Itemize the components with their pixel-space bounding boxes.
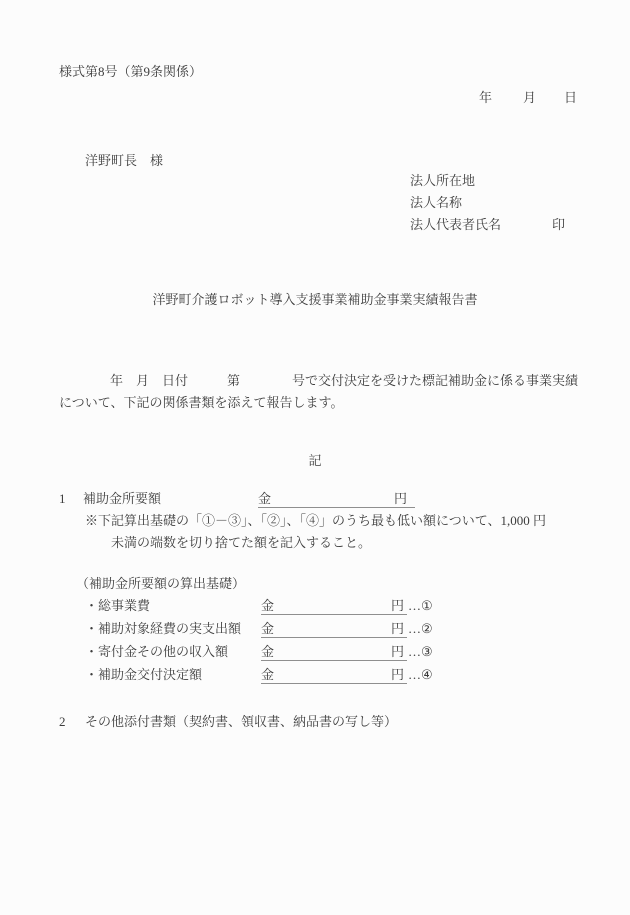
- calc-basis-row-label: ・寄付金その他の収入額: [85, 643, 228, 661]
- date-day-label: 日: [564, 89, 577, 107]
- item1-amount-field: 金 円: [258, 490, 415, 508]
- form-number: 様式第8号（第9条関係）: [59, 63, 202, 81]
- item2-label: その他添付書類（契約書、領収書、納品書の写し等）: [85, 713, 397, 731]
- amount-unit: 円: [391, 620, 404, 637]
- calc-basis-heading: （補助金所要額の算出基礎）: [76, 575, 245, 593]
- calc-basis-row-ref: …④: [408, 666, 433, 684]
- calc-basis-row-label: ・補助金交付決定額: [85, 666, 202, 684]
- corporate-address-label: 法人所在地: [410, 172, 475, 190]
- item1-amount-prefix: 金: [258, 490, 271, 507]
- calc-basis-row-label: ・総事業費: [85, 597, 150, 615]
- amount-unit: 円: [391, 643, 404, 660]
- item1-number: 1: [59, 490, 66, 508]
- amount-prefix: 金: [261, 643, 274, 660]
- record-heading: 記: [0, 452, 630, 470]
- item2-number: 2: [59, 713, 66, 731]
- calc-basis-row-amount-field: 金 円: [261, 620, 407, 638]
- body-paragraph-line1: 年 月 日付 第 号で交付決定を受けた標記補助金に係る事業実績: [110, 372, 578, 390]
- document-title: 洋野町介護ロボット導入支援事業補助金事業実績報告書: [0, 291, 630, 309]
- document-page: 様式第8号（第9条関係） 年 月 日 洋野町長 様 法人所在地 法人名称 法人代…: [0, 0, 630, 915]
- recipient: 洋野町長 様: [85, 152, 163, 170]
- amount-prefix: 金: [261, 620, 274, 637]
- date-month-label: 月: [523, 89, 536, 107]
- amount-prefix: 金: [261, 666, 274, 683]
- corporate-representative-label: 法人代表者氏名: [410, 216, 501, 234]
- calc-basis-row-amount-field: 金 円: [261, 643, 407, 661]
- calc-basis-row-ref: …②: [408, 620, 433, 638]
- calc-basis-row-ref: …①: [408, 597, 433, 615]
- item1-amount-unit: 円: [394, 490, 407, 507]
- body-paragraph-line2: について、下記の関係書類を添えて報告します。: [59, 394, 343, 412]
- amount-unit: 円: [391, 666, 404, 683]
- calc-basis-row-label: ・補助対象経費の実支出額: [85, 620, 241, 638]
- calc-basis-row-amount-field: 金 円: [261, 597, 407, 615]
- calc-basis-row-ref: …③: [408, 643, 433, 661]
- date-year-label: 年: [479, 89, 492, 107]
- seal-mark: 印: [552, 216, 565, 234]
- amount-unit: 円: [391, 597, 404, 614]
- calc-basis-row-amount-field: 金 円: [261, 666, 407, 684]
- amount-prefix: 金: [261, 597, 274, 614]
- corporate-name-label: 法人名称: [410, 194, 462, 212]
- item1-note-line2: 未満の端数を切り捨てた額を記入すること。: [111, 534, 371, 552]
- item1-note-line1: ※下記算出基礎の「①－③」、「②」、「④」のうち最も低い額について、1,000 …: [85, 512, 546, 530]
- item1-label: 補助金所要額: [83, 490, 161, 508]
